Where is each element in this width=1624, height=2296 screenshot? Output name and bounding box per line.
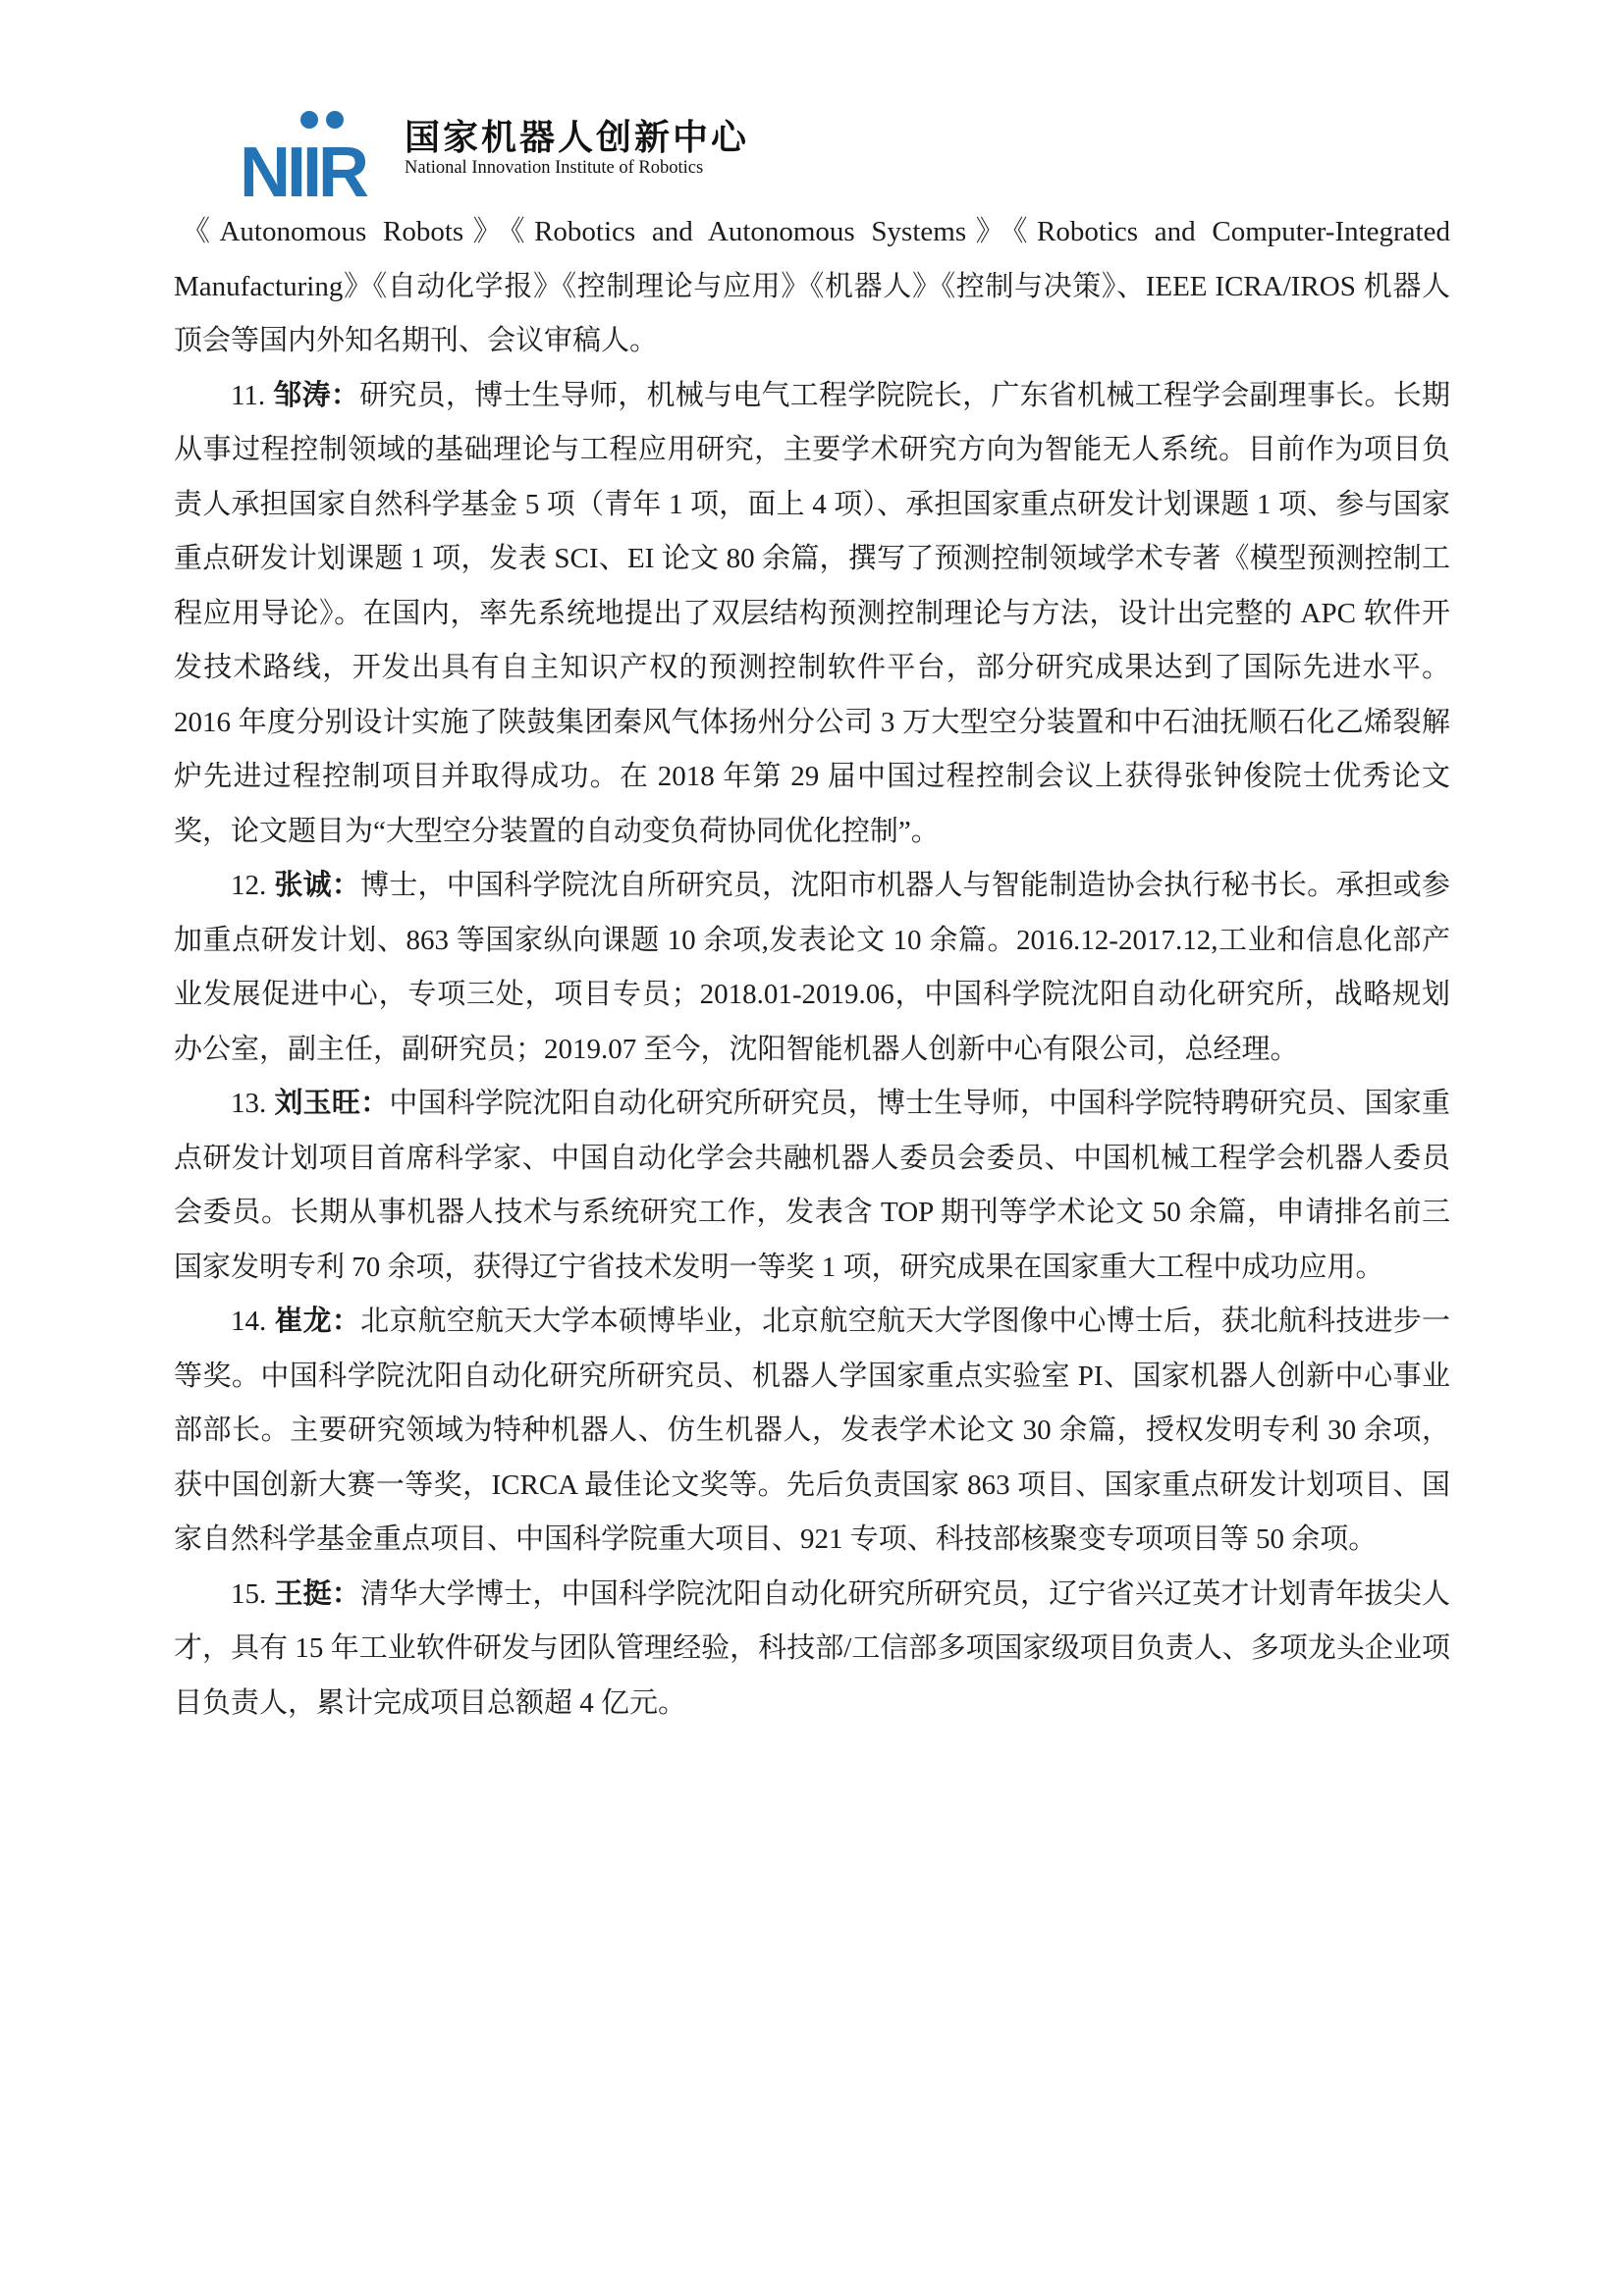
- paragraph-number: 13.: [231, 1088, 274, 1119]
- paragraph-person-name: 张诚：: [274, 870, 360, 901]
- document-page: NIIR 国家机器人创新中心 National Innovation Insti…: [0, 0, 1624, 2296]
- paragraph-number: 14.: [231, 1306, 274, 1337]
- logo-title-en: National Innovation Institute of Robotic…: [405, 157, 749, 179]
- paragraph-person-name: 邹涛：: [273, 380, 359, 411]
- paragraph-number: 15.: [231, 1578, 274, 1610]
- paragraph-bio-14-cuilong: 14.崔龙：北京航空航天大学本硕博毕业，北京航空航天大学图像中心博士后，获北航科…: [174, 1295, 1450, 1568]
- paragraph-person-name: 王挺：: [274, 1578, 360, 1610]
- paragraph-text: 《Autonomous Robots》《Robotics and Autonom…: [174, 216, 1450, 356]
- niir-logo-icon: NIIR: [244, 104, 393, 204]
- paragraph-text: 研究员，博士生导师，机械与电气工程学院院长，广东省机械工程学会副理事长。长期从事…: [174, 380, 1450, 847]
- paragraph-bio-11-zoutao: 11.邹涛：研究员，博士生导师，机械与电气工程学院院长，广东省机械工程学会副理事…: [174, 369, 1450, 860]
- paragraph-bio-12-zhangcheng: 12.张诚：博士，中国科学院沈自所研究员，沈阳市机器人与智能制造协会执行秘书长。…: [174, 859, 1450, 1077]
- paragraph-text: 博士，中国科学院沈自所研究员，沈阳市机器人与智能制造协会执行秘书长。承担或参加重…: [174, 870, 1450, 1065]
- paragraph-text: 清华大学博士，中国科学院沈阳自动化研究所研究员，辽宁省兴辽英才计划青年拔尖人才，…: [174, 1578, 1450, 1719]
- paragraph-person-name: 崔龙：: [274, 1306, 360, 1337]
- logo-title-cn: 国家机器人创新中心: [405, 118, 749, 157]
- paragraph-bio-15-wangting: 15.王挺：清华大学博士，中国科学院沈阳自动化研究所研究员，辽宁省兴辽英才计划青…: [174, 1568, 1450, 1732]
- paragraph-number: [174, 216, 182, 247]
- paragraph-number: 12.: [231, 870, 274, 901]
- paragraph-reviewer-continuation: 《Autonomous Robots》《Robotics and Autonom…: [174, 205, 1450, 369]
- paragraph-person-name: 刘玉旺：: [274, 1088, 389, 1119]
- svg-text:NIIR: NIIR: [244, 133, 368, 204]
- logo-text-block: 国家机器人创新中心 National Innovation Institute …: [405, 104, 749, 179]
- niir-logo: NIIR 国家机器人创新中心 National Innovation Insti…: [244, 104, 749, 204]
- paragraph-bio-13-liuyuwang: 13.刘玉旺：中国科学院沈阳自动化研究所研究员，博士生导师，中国科学院特聘研究员…: [174, 1077, 1450, 1295]
- paragraph-text: 北京航空航天大学本硕博毕业，北京航空航天大学图像中心博士后，获北航科技进步一等奖…: [174, 1306, 1450, 1555]
- paragraph-number: 11.: [231, 380, 273, 411]
- document-body: 《Autonomous Robots》《Robotics and Autonom…: [174, 205, 1450, 1731]
